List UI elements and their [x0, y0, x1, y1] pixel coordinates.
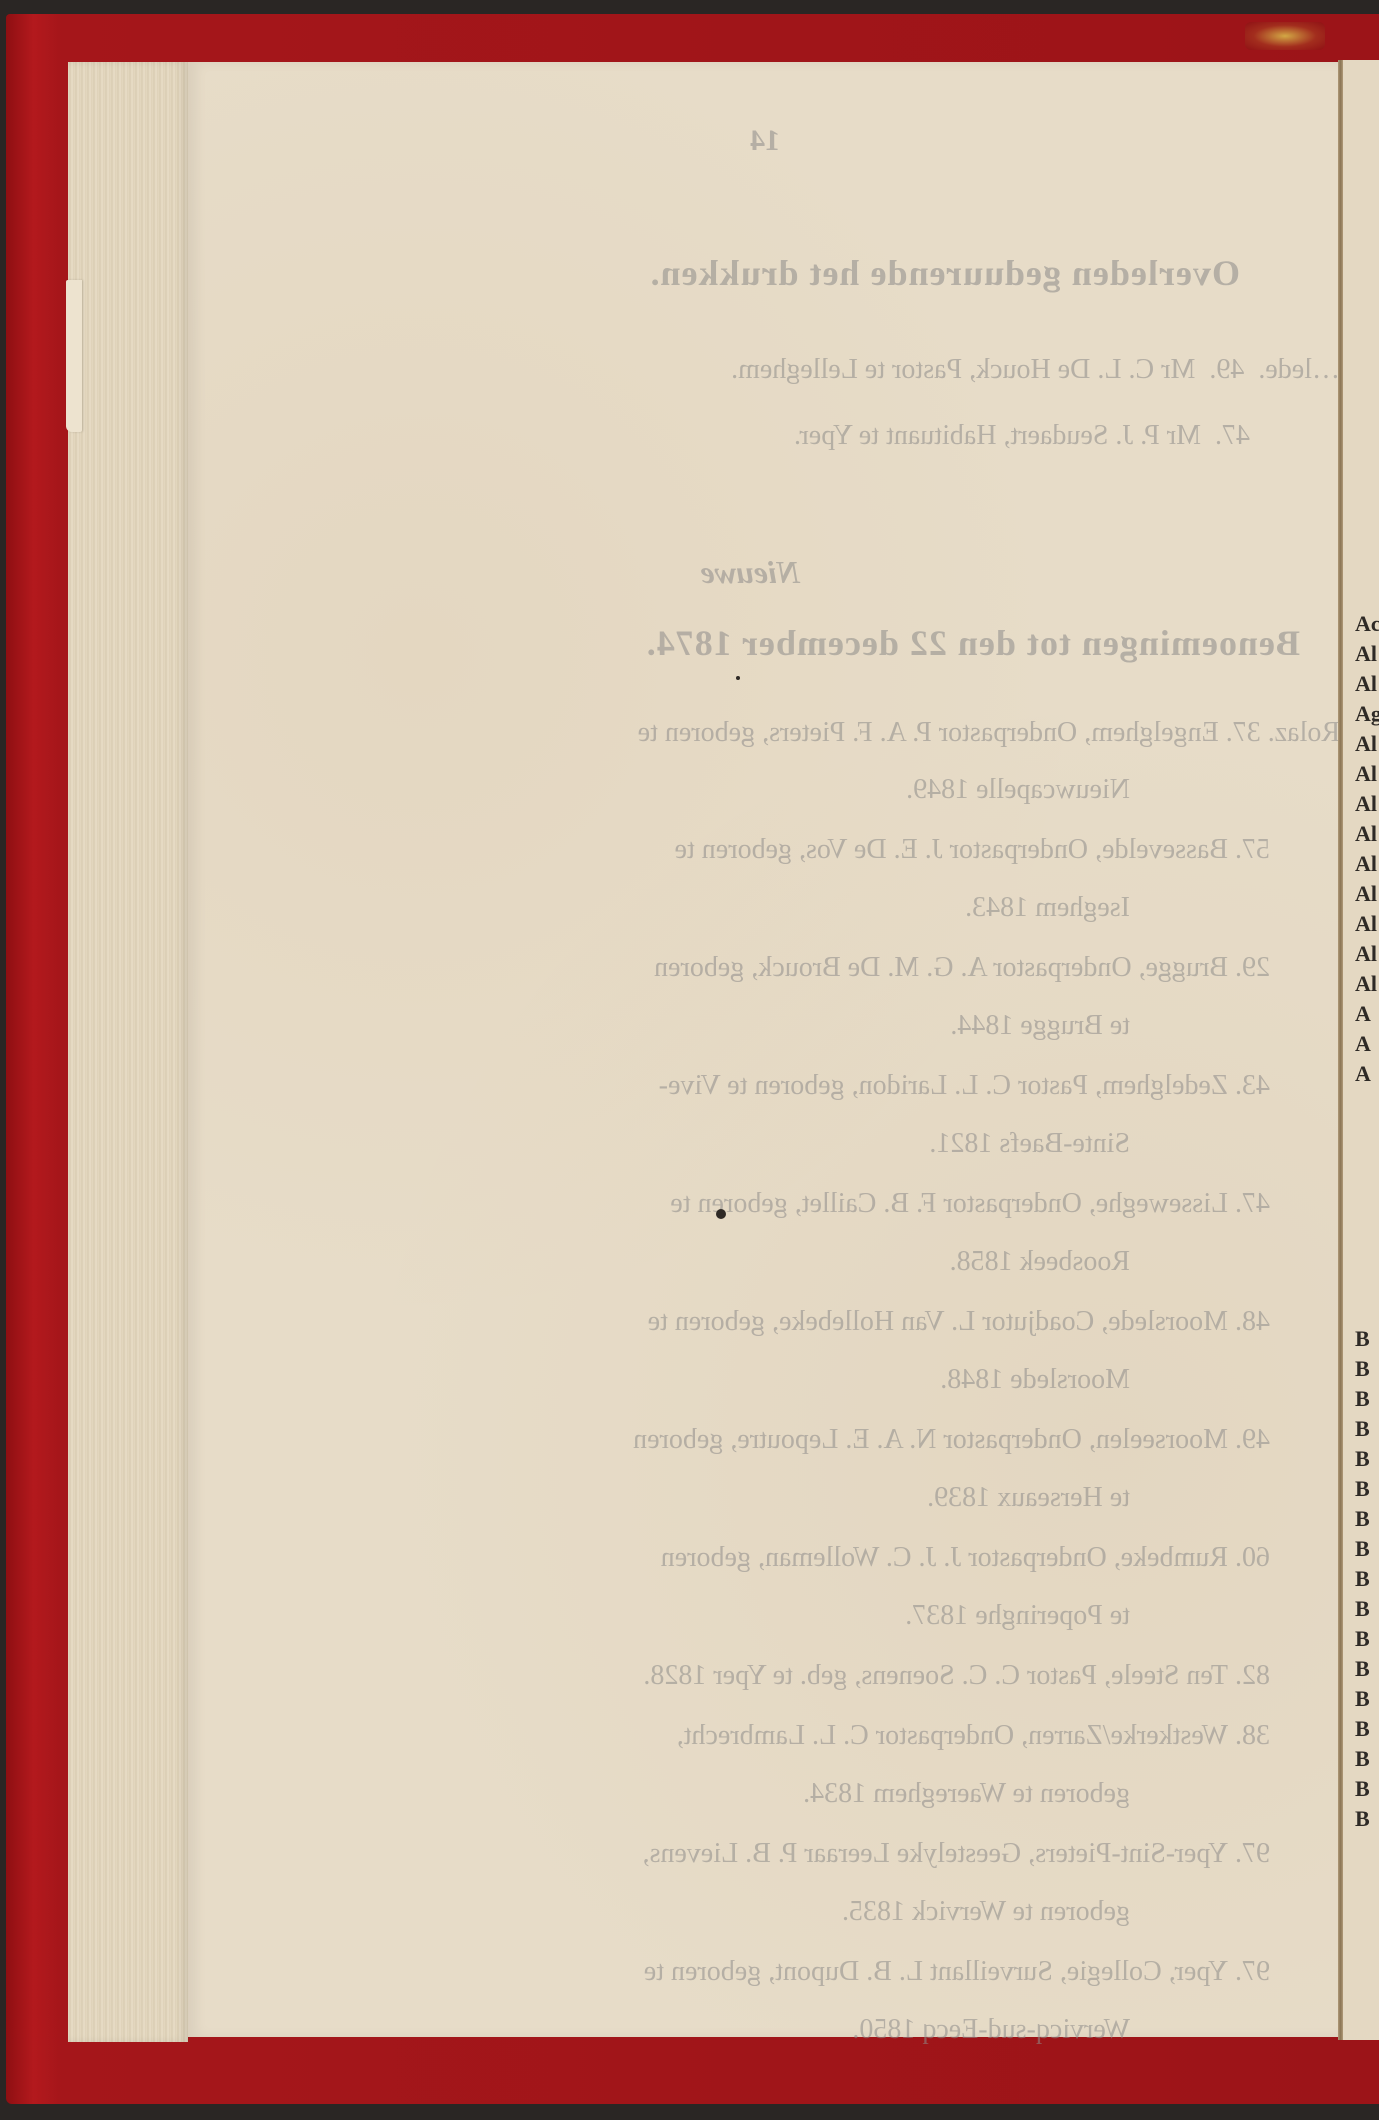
index-letter: Al	[1355, 793, 1377, 815]
index-letter: Al	[1355, 733, 1377, 755]
appointment-8: 60. Rumbeke, Onderpastor J. J. C. Wollem…	[661, 1542, 1270, 1574]
appointment-1: Rolaz. 37. Engelghem, Onderpastor P. A. …	[638, 717, 1340, 749]
page-edges	[68, 62, 188, 2042]
index-letter: Al	[1355, 973, 1377, 995]
appointment-11-line2: geboren te Wervick 1835.	[842, 1896, 1130, 1928]
appointment-11: 97. Yper-Sint-Pieters, Geestelyke Leeraa…	[643, 1838, 1270, 1870]
index-letter: B	[1355, 1598, 1370, 1620]
deceased-2: 47. Mr P. J. Seudaert, Habituant te Yper…	[794, 420, 1250, 452]
appointment-7-line2: te Herseaux 1839.	[927, 1482, 1130, 1514]
index-letter: Al	[1355, 823, 1377, 845]
index-letter: B	[1355, 1778, 1370, 1800]
appointment-1-line2: Nieuwcapelle 1849.	[906, 774, 1130, 806]
index-letter: Al	[1355, 643, 1377, 665]
index-letter: B	[1355, 1508, 1370, 1530]
appointment-7: 49. Moorseelen, Onderpastor N. A. E. Lep…	[633, 1424, 1270, 1456]
index-letter: B	[1355, 1478, 1370, 1500]
index-letter: B	[1355, 1418, 1370, 1440]
show-through-text: 14 Overleden geduurende het drukken. …le…	[188, 62, 1340, 2037]
index-letter: B	[1355, 1748, 1370, 1770]
appointment-8-line2: te Poperinghe 1837.	[905, 1600, 1130, 1632]
appointment-12-line2: Wervicq-sud-Eecq 1850.	[852, 2014, 1130, 2046]
index-letter: Al	[1355, 883, 1377, 905]
index-letter: B	[1355, 1388, 1370, 1410]
index-letter: A	[1355, 1003, 1371, 1025]
bookmark-ribbon-icon	[1245, 22, 1325, 50]
appointment-10: 38. Westkerke/Zarren, Onderpastor C. L. …	[677, 1720, 1270, 1752]
index-letter: B	[1355, 1718, 1370, 1740]
heading-deceased: Overleden geduurende het drukken.	[650, 252, 1240, 294]
deceased-1: …lede. 49. Mr C. L. De Houck, Pastor te …	[731, 354, 1340, 386]
ink-dot	[716, 1209, 726, 1219]
right-page-edge: Ac Al Al Ag Al Al Al Al Al Al Al Al Al A…	[1343, 60, 1379, 2040]
appointment-2-line2: Iseghem 1843.	[965, 892, 1130, 924]
appointment-12: 97. Yper, Collegie, Surveillant L. B. Du…	[644, 1956, 1270, 1988]
index-letter: B	[1355, 1658, 1370, 1680]
appointment-3-line2: te Brugge 1844.	[950, 1010, 1130, 1042]
index-letter: Al	[1355, 913, 1377, 935]
index-letter: B	[1355, 1358, 1370, 1380]
index-letter: Ac	[1355, 613, 1379, 635]
appointment-6: 48. Moorslede, Coadjutor L. Van Hollebek…	[648, 1306, 1270, 1338]
heading-appointments: Benoemingen tot den 22 december 1874.	[646, 622, 1300, 664]
appointment-9: 82. Ten Steele, Pastor C. C. Soenens, ge…	[643, 1660, 1270, 1692]
index-letter: B	[1355, 1808, 1370, 1830]
appointment-5-line2: Roosbeek 1858.	[950, 1246, 1130, 1278]
index-letter: B	[1355, 1568, 1370, 1590]
page-number: 14	[750, 124, 780, 158]
index-letter: A	[1355, 1033, 1371, 1055]
index-letter: B	[1355, 1538, 1370, 1560]
appointment-4: 43. Zedelghem, Pastor C. L. Laridon, geb…	[659, 1070, 1270, 1102]
index-letter: B	[1355, 1688, 1370, 1710]
appointment-3: 29. Brugge, Onderpastor A. G. M. De Brou…	[654, 952, 1270, 984]
appointment-2: 57. Bassevelde, Onderpastor J. E. De Vos…	[675, 834, 1270, 866]
paper-speck	[736, 676, 740, 680]
index-letter: A	[1355, 1063, 1371, 1085]
index-letter: Al	[1355, 763, 1377, 785]
index-letter: Al	[1355, 943, 1377, 965]
index-letter: Ag	[1355, 703, 1379, 725]
index-letter: B	[1355, 1328, 1370, 1350]
index-letter: Al	[1355, 673, 1377, 695]
appointment-6-line2: Moorslede 1848.	[940, 1364, 1130, 1396]
heading-nieuwe: Nieuwe	[700, 554, 800, 591]
index-letter: B	[1355, 1628, 1370, 1650]
appointment-5: 47. Lisseweghe, Onderpastor F. B. Caille…	[670, 1188, 1270, 1220]
appointment-10-line2: geboren te Waereghem 1834.	[803, 1778, 1130, 1810]
index-tab[interactable]	[66, 280, 82, 432]
appointment-4-line2: Sinte-Baefs 1821.	[929, 1128, 1130, 1160]
index-letter: Al	[1355, 853, 1377, 875]
index-letter: B	[1355, 1448, 1370, 1470]
